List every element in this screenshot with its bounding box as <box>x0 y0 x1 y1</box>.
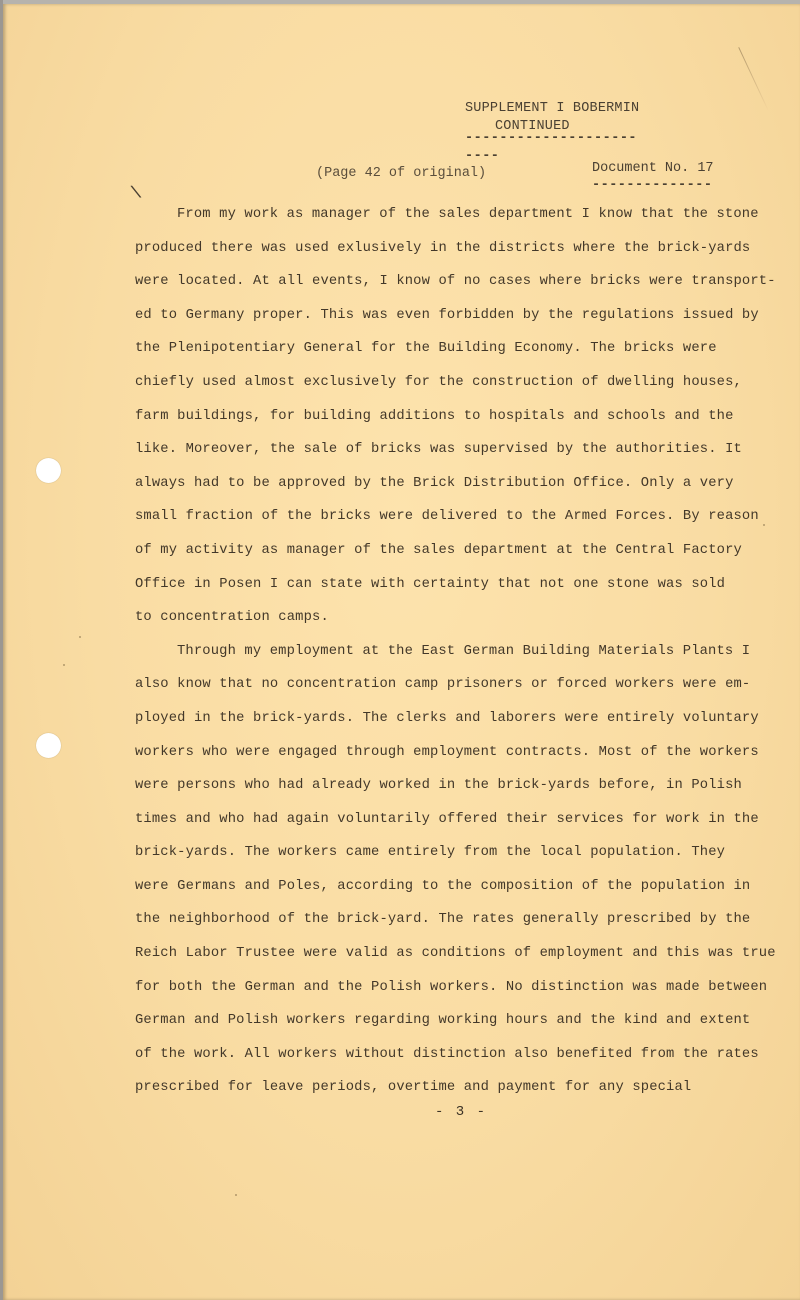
text-line: prescribed for leave periods, overtime a… <box>135 1071 795 1105</box>
paper-speck <box>763 524 765 526</box>
punch-hole-lower <box>36 733 61 758</box>
document-number: Document No. 17 -------------- <box>592 160 714 194</box>
text-line: the neighborhood of the brick-yard. The … <box>135 903 795 937</box>
margin-pencil-mark <box>738 47 768 111</box>
text-line: to concentration camps. <box>135 601 795 635</box>
text-line: brick-yards. The workers came entirely f… <box>135 836 795 870</box>
text-line: like. Moreover, the sale of bricks was s… <box>135 433 795 467</box>
text-line: German and Polish workers regarding work… <box>135 1004 795 1038</box>
text-line: Office in Posen I can state with certain… <box>135 568 795 602</box>
text-line: small fraction of the bricks were delive… <box>135 500 795 534</box>
text-line: From my work as manager of the sales dep… <box>135 198 795 232</box>
document-number-underline: -------------- <box>592 177 714 194</box>
text-line: the Plenipotentiary General for the Buil… <box>135 332 795 366</box>
text-line: were located. At all events, I know of n… <box>135 265 795 299</box>
paper-speck <box>79 636 81 638</box>
document-header: SUPPLEMENT I BOBERMIN CONTINUED --------… <box>465 100 645 166</box>
text-line: also know that no concentration camp pri… <box>135 668 795 702</box>
text-line: ployed in the brick-yards. The clerks an… <box>135 702 795 736</box>
original-page-reference: (Page 42 of original) <box>316 166 486 181</box>
text-line: ed to Germany proper. This was even forb… <box>135 299 795 333</box>
text-line: times and who had again voluntarily offe… <box>135 803 795 837</box>
document-body: From my work as manager of the sales dep… <box>135 198 795 1105</box>
paragraph-2: Through my employment at the East German… <box>135 635 795 1105</box>
text-line: Through my employment at the East German… <box>135 635 795 669</box>
text-line: were Germans and Poles, according to the… <box>135 870 795 904</box>
text-line: of my activity as manager of the sales d… <box>135 534 795 568</box>
text-line: chiefly used almost exclusively for the … <box>135 366 795 400</box>
punch-hole-upper <box>36 458 61 483</box>
page-number: - 3 - <box>435 1104 487 1120</box>
text-line: for both the German and the Polish worke… <box>135 971 795 1005</box>
paragraph-1: From my work as manager of the sales dep… <box>135 198 795 635</box>
paper-speck <box>63 664 65 666</box>
text-line: workers who were engaged through employm… <box>135 736 795 770</box>
text-line: Reich Labor Trustee were valid as condit… <box>135 937 795 971</box>
text-line: of the work. All workers without distinc… <box>135 1038 795 1072</box>
paper-speck <box>235 1194 237 1196</box>
document-number-label: Document No. 17 <box>592 161 714 176</box>
text-line: farm buildings, for building additions t… <box>135 400 795 434</box>
text-line: produced there was used exlusively in th… <box>135 232 795 266</box>
text-line: were persons who had already worked in t… <box>135 769 795 803</box>
text-line: always had to be approved by the Brick D… <box>135 467 795 501</box>
document-page: SUPPLEMENT I BOBERMIN CONTINUED --------… <box>3 4 800 1300</box>
header-title: SUPPLEMENT I BOBERMIN <box>465 100 645 118</box>
